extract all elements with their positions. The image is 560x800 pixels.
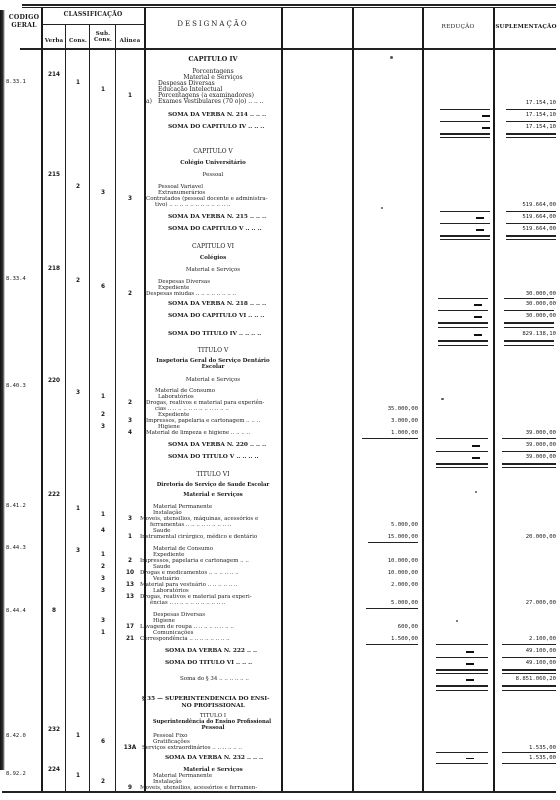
code-8-41-2: 8.41.2 (6, 503, 26, 510)
col-line-codigo (41, 8, 43, 791)
cap-iv-value: 17.154,10 (494, 100, 556, 107)
titulo-vi-cons-8: 8 (42, 608, 66, 615)
titulo-v-cons: 3 (66, 390, 90, 397)
rule (440, 133, 490, 135)
par-35-subcons-2: 2 (90, 779, 116, 786)
rule (440, 211, 490, 212)
rule (506, 235, 556, 237)
par-35-moveis: Moveis, utensilios, acessórios e ferrame… (140, 785, 257, 792)
reducao-dash (474, 316, 482, 318)
cap-iv-exames-vestibulares: Exames Vestibulares (70 o|o) .. .. .. (158, 98, 264, 105)
rule (506, 121, 556, 122)
header-verba: Verba (42, 37, 66, 45)
rule (436, 644, 488, 645)
header-reducao: REDUÇÃO (424, 23, 492, 31)
rule (436, 669, 488, 671)
cap-v-contratados-cont: tivo) .. .. .. .. .. .. .. .. .. .. .. .… (155, 202, 230, 209)
titulo-vi-cons-1: 1 (66, 506, 90, 513)
cap-vi-soma-verba: SOMA DA VERBA N. 218 .. .. .. (168, 301, 266, 308)
scan-speck (381, 207, 383, 209)
cap-v-pessoal: Pessoal (146, 172, 280, 179)
rule (502, 463, 556, 465)
titulo-vi-cons-3: 3 (66, 548, 90, 555)
rule (436, 673, 488, 674)
titulo-v-alinea-3: 3 (116, 418, 144, 425)
cap-vi-value: 30.000,00 (494, 291, 556, 298)
reducao-dash (474, 334, 482, 336)
titulo-vi-correspondencia-value: 1.500,00 (354, 636, 418, 643)
cap-v-subcons: 3 (90, 190, 116, 197)
titulo-vi-alinea-3: 3 (116, 516, 144, 523)
titulo-vi-drogas-value: 10.000,00 (354, 570, 418, 577)
titulo-vi-title: TITULO VI (146, 471, 280, 478)
cap-vi-soma-capitulo-value: 30.000,00 (494, 313, 556, 320)
titulo-vi-drogas-reativos-cont: ências .. .. .. .. .. .. .. .. .. .. .. (150, 600, 225, 607)
titulo-vi-verba: 222 (42, 492, 66, 499)
capitulo-v-title: CAPITULO V (146, 148, 280, 155)
rule (504, 298, 554, 299)
scan-speck (475, 491, 477, 493)
cap-v-colegio-universitario: Colégio Universitário (146, 160, 280, 167)
soma-titulo-v-value: 39.000,00 (494, 454, 556, 461)
rule (440, 121, 490, 122)
cap-v-cons: 2 (66, 184, 90, 191)
titulo-vi-alinea-13a: 13 (116, 582, 144, 589)
code-8-44-4: 8.44.4 (6, 608, 26, 615)
titulo-v-soma-verba-value: 39.000,00 (494, 442, 556, 449)
rule (366, 644, 418, 645)
titulo-vi-alinea-21: 21 (116, 636, 144, 643)
titulo-v-subcons-2: 2 (90, 412, 116, 419)
par-35-subcons: 6 (90, 739, 116, 746)
soma-titulo-vi-value: 49.100,00 (494, 660, 556, 667)
rule (436, 690, 488, 691)
reducao-dash (476, 229, 484, 231)
rule (436, 463, 488, 465)
rule (368, 542, 418, 543)
titulo-vi-instrumental-total: 20.000,00 (494, 534, 556, 541)
titulo-v-alinea-2: 2 (116, 400, 144, 407)
titulo-vi-subcons-f: 1 (90, 630, 116, 637)
titulo-v-drogas-value: 35.000,00 (354, 406, 418, 413)
par-35-alinea: 13A (116, 745, 144, 752)
capitulo-iv-title: CAPITULO IV (146, 56, 280, 63)
reducao-dash (474, 304, 482, 306)
par-35-servicos-extraordinarios: Serviços extraordinários .. .. .. .. .. … (142, 745, 242, 752)
titulo-vi-vestuario-value: 2.000,00 (354, 582, 418, 589)
titulo-vi-lab-value: 5.000,00 (354, 600, 418, 607)
cap-vi-verba: 218 (42, 266, 66, 273)
bottom-rule (2, 791, 556, 793)
cap-vi-cons: 2 (66, 278, 90, 285)
titulo-vi-instrumental: Instrumental cirúrgico, médico e dentári… (140, 534, 257, 541)
cap-iv-alinea: 1 (116, 93, 144, 100)
header-cons: Cons. (66, 37, 90, 45)
rule (504, 322, 554, 324)
cap-vi-material-servicos: Material e Serviços (146, 267, 280, 274)
rule (362, 438, 418, 439)
titulo-vi-alinea-2: 2 (116, 558, 144, 565)
col-line-reducao-left (422, 8, 424, 791)
reducao-dash (482, 127, 490, 129)
titulo-v-material-limpeza: Material de limpeza e higiene .. .. .. .… (146, 430, 250, 437)
cap-v-alinea: 3 (116, 196, 144, 203)
top-rule-thin (22, 7, 556, 8)
rule (436, 657, 488, 658)
rule (502, 669, 556, 671)
soma-paragrafo-34: Soma do § 34 .. .. .. .. .. .. (180, 676, 249, 683)
rule (438, 322, 488, 324)
titulo-v-soma-verba: SOMA DA VERBA N. 220 .. .. .. (168, 442, 266, 449)
code-8-44-3: 8.44.3 (6, 545, 26, 552)
titulo-v-verba: 220 (42, 378, 66, 385)
cap-vi-soma-verba-value: 30.000,00 (494, 301, 556, 308)
rule (502, 763, 556, 764)
reducao-dash (466, 663, 474, 665)
cap-v-verba: 215 (42, 172, 66, 179)
code-8-33-4: 8.33.4 (6, 276, 26, 283)
titulo-vi-subcons-a: 1 (90, 552, 116, 559)
titulo-vi-alinea-1: 1 (116, 534, 144, 541)
par-35-value: 1.535,00 (494, 745, 556, 752)
titulo-v-impressos-value: 3.000,00 (354, 418, 418, 425)
titulo-vi-instrumental-value: 15.000,00 (354, 534, 418, 541)
titulo-vi-subcons-1: 1 (90, 512, 116, 519)
rule (438, 340, 488, 342)
cap-iv-letter-a: a) (146, 98, 152, 105)
rule (506, 137, 556, 138)
par-35-cons: 1 (66, 733, 90, 740)
header-codigo-geral: CODIGO GERAL (6, 14, 42, 30)
cap-iv-soma-capitulo-value: 17.154,10 (494, 124, 556, 131)
rule (504, 340, 554, 342)
titulo-vi-lavagem-value: 600,00 (354, 624, 418, 631)
titulo-v-limpeza-value: 1.000,00 (354, 430, 418, 437)
reducao-dash (472, 445, 480, 447)
titulo-vi-moveis-value: 5.000,00 (354, 522, 418, 529)
par-35-pessoal: Pessoal (146, 725, 280, 732)
cap-v-value: 519.664,00 (494, 202, 556, 209)
cap-vi-despesas-miudas: Despesas miudas .. .. .. .. .. .. .. .. (146, 291, 236, 298)
rule (438, 298, 488, 299)
rule (436, 752, 488, 753)
par-35-soma-verba: SOMA DA VERBA N. 232 .. .. .. (165, 755, 263, 762)
par-35-cons-2: 1 (66, 773, 90, 780)
rule (436, 467, 488, 468)
titulo-vi-subcons-c: 3 (90, 576, 116, 583)
rule (506, 211, 556, 212)
cap-v-soma-verba-value: 519.664,00 (494, 214, 556, 221)
cap-vi-subcons: 6 (90, 284, 116, 291)
code-8-40-3: 8.40.3 (6, 383, 26, 390)
cap-vi-alinea: 2 (116, 291, 144, 298)
code-8-42-0: 8.42.0 (6, 733, 26, 740)
rule (436, 763, 488, 764)
classificacao-divider (42, 24, 144, 25)
header-alinea: Alinea (116, 37, 144, 45)
header-classificacao: CLASSIFICAÇÃO (42, 11, 144, 19)
cap-vi-soma-capitulo: SOMA DO CAPITULO VI .. .. .. (168, 313, 264, 320)
reducao-dash (466, 758, 474, 759)
rule (440, 235, 490, 237)
col-line-verba (65, 25, 66, 791)
cap-iv-subcons: 1 (90, 87, 116, 94)
titulo-vi-alinea-13b: 13 (116, 594, 144, 601)
titulo-vi-diversas-total: 2.100,00 (494, 636, 556, 643)
header-designacao: DESIGNAÇÃO (146, 20, 280, 28)
cap-v-soma-capitulo: SOMA DO CAPITULO V .. .. .. (168, 226, 262, 233)
rule (502, 451, 556, 452)
paragrafo-35-title: § 35 — SUPERINTENDENCIA DO ENSI- (142, 696, 270, 703)
titulo-v-alinea-4: 4 (116, 430, 144, 437)
soma-titulo-iv: SOMA DO TITULO IV .. .. .. .. (168, 331, 261, 338)
soma-titulo-iv-value: 829.138,10 (494, 331, 556, 338)
cap-iv-verba: 214 (42, 72, 66, 79)
cap-v-soma-capitulo-value: 519.664,00 (494, 226, 556, 233)
cap-vi-colegios: Colégios (146, 255, 280, 262)
cap-iv-soma-capitulo: SOMA DO CAPITULO IV .. .. .. (168, 124, 264, 131)
budget-table-page: CODIGO GERAL CLASSIFICAÇÃO Verba Cons. S… (0, 0, 560, 800)
titulo-vi-alinea-17: 17 (116, 624, 144, 631)
titulo-v-material-servicos: Material e Serviços (146, 377, 280, 384)
scan-edge-shadow (0, 10, 5, 770)
reducao-dash (482, 115, 490, 117)
rule (440, 223, 490, 224)
soma-titulo-v: SOMA DO TITULO V .. .. .. .. (168, 454, 259, 461)
titulo-vi-alinea-10: 10 (116, 570, 144, 577)
soma-paragrafo-34-value: 8.851.060,20 (494, 676, 556, 683)
cap-v-soma-verba: SOMA DA VERBA N. 215 .. .. .. (168, 214, 266, 221)
titulo-vi-diretoria: Diretoria do Serviço de Saude Escolar (146, 482, 280, 489)
rule (504, 327, 554, 328)
titulo-vi-subcons-4: 4 (90, 528, 116, 535)
header-sub-cons: Sub. Cons. (90, 31, 116, 43)
paragrafo-35-title-cont: NO PROFISSIONAL (146, 703, 280, 710)
rule (440, 239, 490, 240)
titulo-vi-material-servicos: Material e Serviços (146, 492, 280, 499)
titulo-vi-impressos-value: 10.000,00 (354, 558, 418, 565)
rule (502, 673, 556, 674)
rule (502, 657, 556, 658)
rule (440, 137, 490, 138)
col-line-subcons (115, 25, 116, 791)
titulo-vi-subcons-b: 2 (90, 564, 116, 571)
par-35-verba-2: 224 (42, 767, 66, 774)
cap-iv-soma-verba: SOMA DA VERBA N. 214 .. .. .. (168, 112, 266, 119)
scan-speck (390, 56, 393, 59)
header-suplementacao: SUPLEMENTAÇÃO (493, 23, 559, 31)
rule (506, 223, 556, 224)
titulo-v-title: TITULO V (146, 347, 280, 354)
titulo-vi-subcons-d: 3 (90, 588, 116, 595)
reducao-dash (476, 217, 484, 219)
rule (506, 133, 556, 135)
code-8-92-2: 8.92.2 (6, 771, 26, 778)
titulo-v-subcons-3: 3 (90, 424, 116, 431)
header-bottom-rule (20, 48, 556, 50)
rule (436, 685, 488, 687)
rule (502, 752, 556, 753)
scan-speck (441, 398, 444, 400)
titulo-v-value: 39.000,00 (494, 430, 556, 437)
rule (436, 438, 488, 439)
titulo-v-subcons-1: 1 (90, 394, 116, 401)
rule (506, 239, 556, 240)
col-line-extra (352, 8, 354, 791)
rule (366, 608, 418, 609)
scan-speck (456, 620, 458, 622)
titulo-v-escolar: Escolar (146, 364, 280, 371)
par-35-alinea-2: 9 (116, 785, 144, 792)
soma-titulo-vi: SOMA DO TITULO VI .. .. .. (165, 660, 252, 667)
titulo-vi-consumo-total: 27.000,00 (494, 600, 556, 607)
rule (502, 685, 556, 687)
titulo-vi-correspondencia: Correspondência .. .. .. .. .. .. .. .. (140, 636, 230, 643)
reducao-dash (466, 651, 474, 653)
titulo-vi-soma-verba: SOMA DA VERBA N. 222 .. .. (165, 648, 257, 655)
cap-iv-soma-verba-value: 17.154,10 (494, 112, 556, 119)
reducao-dash (466, 679, 474, 681)
par-35-soma-verba-value: 1.535,00 (494, 755, 556, 762)
rule (504, 310, 554, 311)
rule (438, 345, 488, 346)
col-line-designacao (281, 8, 283, 791)
rule (506, 109, 556, 110)
top-rule (22, 4, 556, 6)
rule (438, 310, 488, 311)
par-35-verba: 232 (42, 727, 66, 734)
cap-iv-cons: 1 (66, 80, 90, 87)
titulo-vi-soma-verba-value: 49.100,00 (494, 648, 556, 655)
capitulo-vi-title: CAPITULO VI (146, 243, 280, 250)
rule (436, 451, 488, 452)
rule (440, 109, 490, 110)
code-8-33-1: 8.33.1 (6, 79, 26, 86)
rule (502, 438, 556, 439)
rule (502, 467, 556, 468)
reducao-dash (472, 457, 480, 459)
rule (502, 644, 556, 645)
rule (502, 690, 556, 691)
rule (504, 345, 554, 346)
rule (438, 327, 488, 328)
col-line-cons (89, 25, 90, 791)
titulo-vi-subcons-e: 3 (90, 618, 116, 625)
